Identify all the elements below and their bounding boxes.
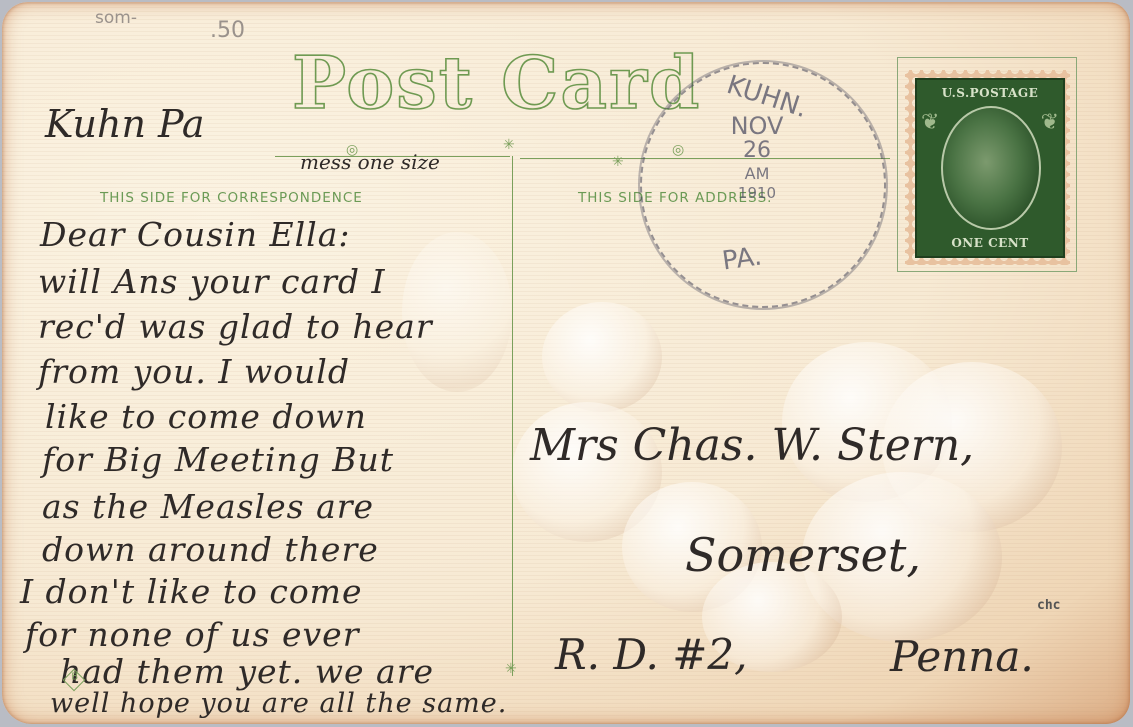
publisher-mark: B [71, 672, 78, 683]
message-line: like to come down [45, 397, 367, 436]
message-line: as the Measles are [42, 487, 374, 526]
postmark: KUHN. NOV 26 AM 1910 PA. [640, 62, 886, 308]
address-state: Penna. [890, 632, 1034, 681]
address-name: Mrs Chas. W. Stern, [530, 420, 974, 471]
stamp-top-text: U.S.POSTAGE [917, 86, 1063, 100]
franklin-portrait-icon [941, 106, 1041, 230]
message-vertical-note: mess one size [300, 150, 440, 174]
postmark-year: 1910 [722, 184, 792, 202]
message-heading: Kuhn Pa [45, 102, 205, 146]
embossed-flower [542, 302, 662, 412]
message-line: well hope you are all the same. [50, 688, 507, 719]
message-line: from you. I would [38, 352, 350, 391]
message-line: Dear Cousin Ella: [40, 215, 351, 254]
center-divider [512, 156, 513, 676]
dealer-mark: chc [1037, 598, 1060, 613]
stamp-bottom-text: ONE CENT [917, 236, 1063, 250]
postage-stamp: U.S.POSTAGE ❦ ❦ ONE CENT [915, 78, 1065, 258]
starburst-ornament-icon: ✳ [612, 155, 624, 169]
message-line: down around there [42, 530, 379, 569]
message-line: for none of us ever [25, 615, 359, 654]
address-route: R. D. #2, [555, 630, 747, 679]
postmark-month: NOV [722, 112, 792, 140]
postmark-day: 26 [732, 138, 782, 163]
pencil-note-code: som- [95, 8, 137, 28]
message-line: I don't like to come [20, 572, 363, 611]
laurel-left-icon: ❦ [921, 110, 939, 135]
message-line: will Ans your card I [38, 262, 386, 301]
message-line: had them yet. we are [60, 652, 434, 691]
post-card-title: Post Card [292, 40, 701, 125]
address-city: Somerset, [685, 528, 921, 582]
message-line: rec'd was glad to hear [38, 307, 433, 346]
postmark-state: PA. [695, 238, 788, 280]
laurel-right-icon: ❦ [1041, 110, 1059, 135]
pencil-note-price: .50 [210, 18, 245, 43]
correspondence-label: THIS SIDE FOR CORRESPONDENCE [100, 190, 363, 206]
postmark-time: AM [732, 164, 782, 183]
starburst-ornament-icon: ✳ [503, 138, 515, 152]
bottom-ornament-icon: ✳ [505, 662, 517, 676]
message-line: for Big Meeting But [42, 440, 394, 479]
